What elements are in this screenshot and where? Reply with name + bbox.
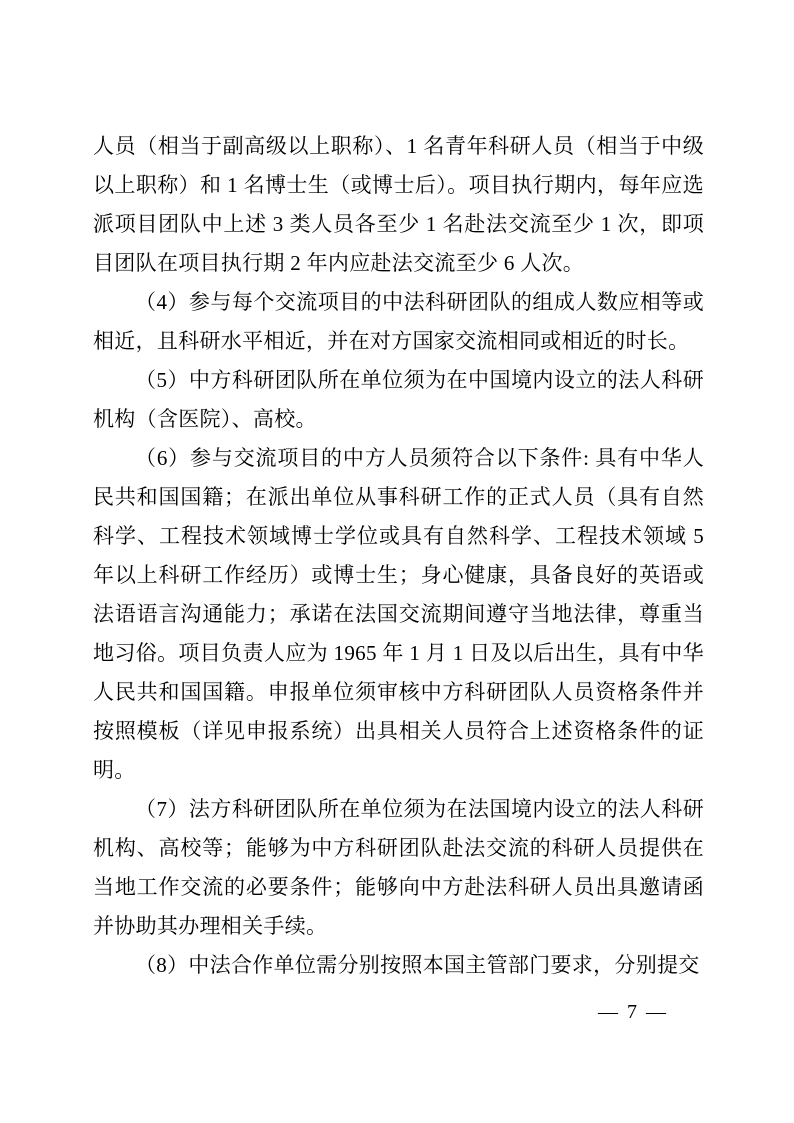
paragraph-item-5: （5）中方科研团队所在单位须为在中国境内设立的法人科研机构（含医院）、高校。 — [93, 361, 704, 439]
paragraph-item-6: （6）参与交流项目的中方人员须符合以下条件: 具有中华人民共和国国籍；在派出单位… — [93, 439, 704, 790]
document-page: 人员（相当于副高级以上职称）、1 名青年科研人员（相当于中级以上职称）和 1 名… — [0, 0, 794, 1123]
paragraph-continuation: 人员（相当于副高级以上职称）、1 名青年科研人员（相当于中级以上职称）和 1 名… — [93, 127, 704, 283]
page-number: — 7 — — [598, 999, 668, 1025]
paragraph-item-4: （4）参与每个交流项目的中法科研团队的组成人数应相等或相近，且科研水平相近，并在… — [93, 283, 704, 361]
document-body: 人员（相当于副高级以上职称）、1 名青年科研人员（相当于中级以上职称）和 1 名… — [93, 127, 704, 985]
paragraph-item-8: （8）中法合作单位需分别按照本国主管部门要求，分别提交 — [93, 946, 704, 985]
paragraph-item-7: （7）法方科研团队所在单位须为在法国境内设立的法人科研机构、高校等；能够为中方科… — [93, 790, 704, 946]
